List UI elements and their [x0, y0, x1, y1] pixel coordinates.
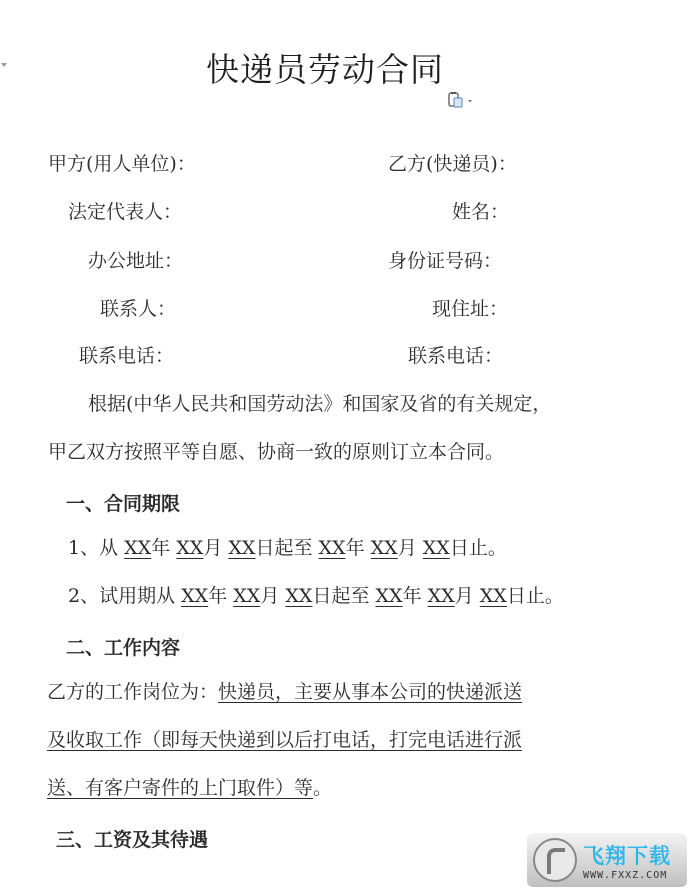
party-b-label: 乙方(快递员)：: [388, 153, 517, 175]
preamble-line-1: 根据(中华人民共和国劳动法》和国家及省的有关规定，: [88, 393, 551, 415]
job-description-line-2: 及收取工作（即每天快递到以后打电话，打完电话进行派: [47, 729, 522, 751]
paste-options-button[interactable]: [447, 91, 477, 109]
probation-end-month-blank[interactable]: XX: [428, 585, 455, 607]
job-duties-text-end: 送、有客户寄件的上门取件）等: [47, 777, 313, 799]
end-month-blank[interactable]: XX: [371, 537, 398, 559]
job-duties-text: 及收取工作（即每天快递到以后打电话，打完电话进行派: [47, 729, 522, 751]
end-day-blank[interactable]: XX: [423, 537, 450, 559]
month-char: 月: [455, 585, 474, 607]
day-end-char: 日止。: [450, 537, 507, 559]
probation-term-line: 2、试用期从 XX年 XX月 XX日起至 XX年 XX月 XX日止。: [68, 585, 564, 607]
fxxz-logo-icon: [533, 838, 577, 882]
section-1-heading: 一、合同期限: [66, 489, 180, 516]
watermark-brand: 飞翔下载: [583, 840, 671, 870]
year-char: 年: [346, 537, 365, 559]
party-a-phone-label: 联系电话：: [79, 345, 174, 367]
site-watermark: 飞翔下载 WWW.FXXZ.COM: [527, 833, 687, 887]
probation-start-year-blank[interactable]: XX: [181, 585, 208, 607]
current-address-label: 现住址：: [432, 298, 508, 320]
month-char: 月: [398, 537, 417, 559]
month-char: 月: [260, 585, 279, 607]
probation-prefix: 2、试用期从: [68, 585, 175, 607]
document-title: 快递员劳动合同: [0, 44, 650, 91]
start-month-blank[interactable]: XX: [176, 537, 203, 559]
legal-rep-label: 法定代表人：: [68, 201, 182, 223]
contract-term-line: 1、从 XX年 XX月 XX日起至 XX年 XX月 XX日止。: [68, 537, 507, 559]
period: 。: [313, 777, 332, 799]
end-year-blank[interactable]: XX: [319, 537, 346, 559]
probation-end-day-blank[interactable]: XX: [480, 585, 507, 607]
section-3-heading: 三、工资及其待遇: [56, 825, 208, 852]
year-char: 年: [151, 537, 170, 559]
party-a-label: 甲方(用人单位)：: [48, 153, 196, 175]
day-from-char: 日起至: [312, 585, 369, 607]
probation-start-month-blank[interactable]: XX: [233, 585, 260, 607]
job-position-label: 乙方的工作岗位为：: [47, 681, 218, 703]
contact-person-label: 联系人：: [100, 298, 176, 320]
section-2-heading: 二、工作内容: [66, 633, 180, 660]
start-year-blank[interactable]: XX: [124, 537, 151, 559]
start-day-blank[interactable]: XX: [228, 537, 255, 559]
id-number-label: 身份证号码：: [388, 250, 502, 272]
job-position-value: 快递员，主要从事本公司的快递派送: [218, 681, 522, 703]
month-char: 月: [203, 537, 222, 559]
job-description-line-1: 乙方的工作岗位为：快递员，主要从事本公司的快递派送: [47, 681, 522, 703]
day-end-char: 日止。: [507, 585, 564, 607]
job-description-line-3: 送、有客户寄件的上门取件）等。: [47, 777, 332, 799]
day-from-char: 日起至: [255, 537, 312, 559]
probation-start-day-blank[interactable]: XX: [285, 585, 312, 607]
term-prefix: 1、从: [68, 537, 118, 559]
year-char: 年: [403, 585, 422, 607]
probation-end-year-blank[interactable]: XX: [376, 585, 403, 607]
name-label: 姓名：: [452, 201, 509, 223]
preamble-line-2: 甲乙双方按照平等自愿、协商一致的原则订立本合同。: [48, 441, 504, 463]
paste-options-icon: [447, 91, 477, 109]
party-b-phone-label: 联系电话：: [408, 345, 503, 367]
watermark-url: WWW.FXXZ.COM: [583, 870, 671, 881]
year-char: 年: [208, 585, 227, 607]
office-address-label: 办公地址：: [88, 250, 183, 272]
